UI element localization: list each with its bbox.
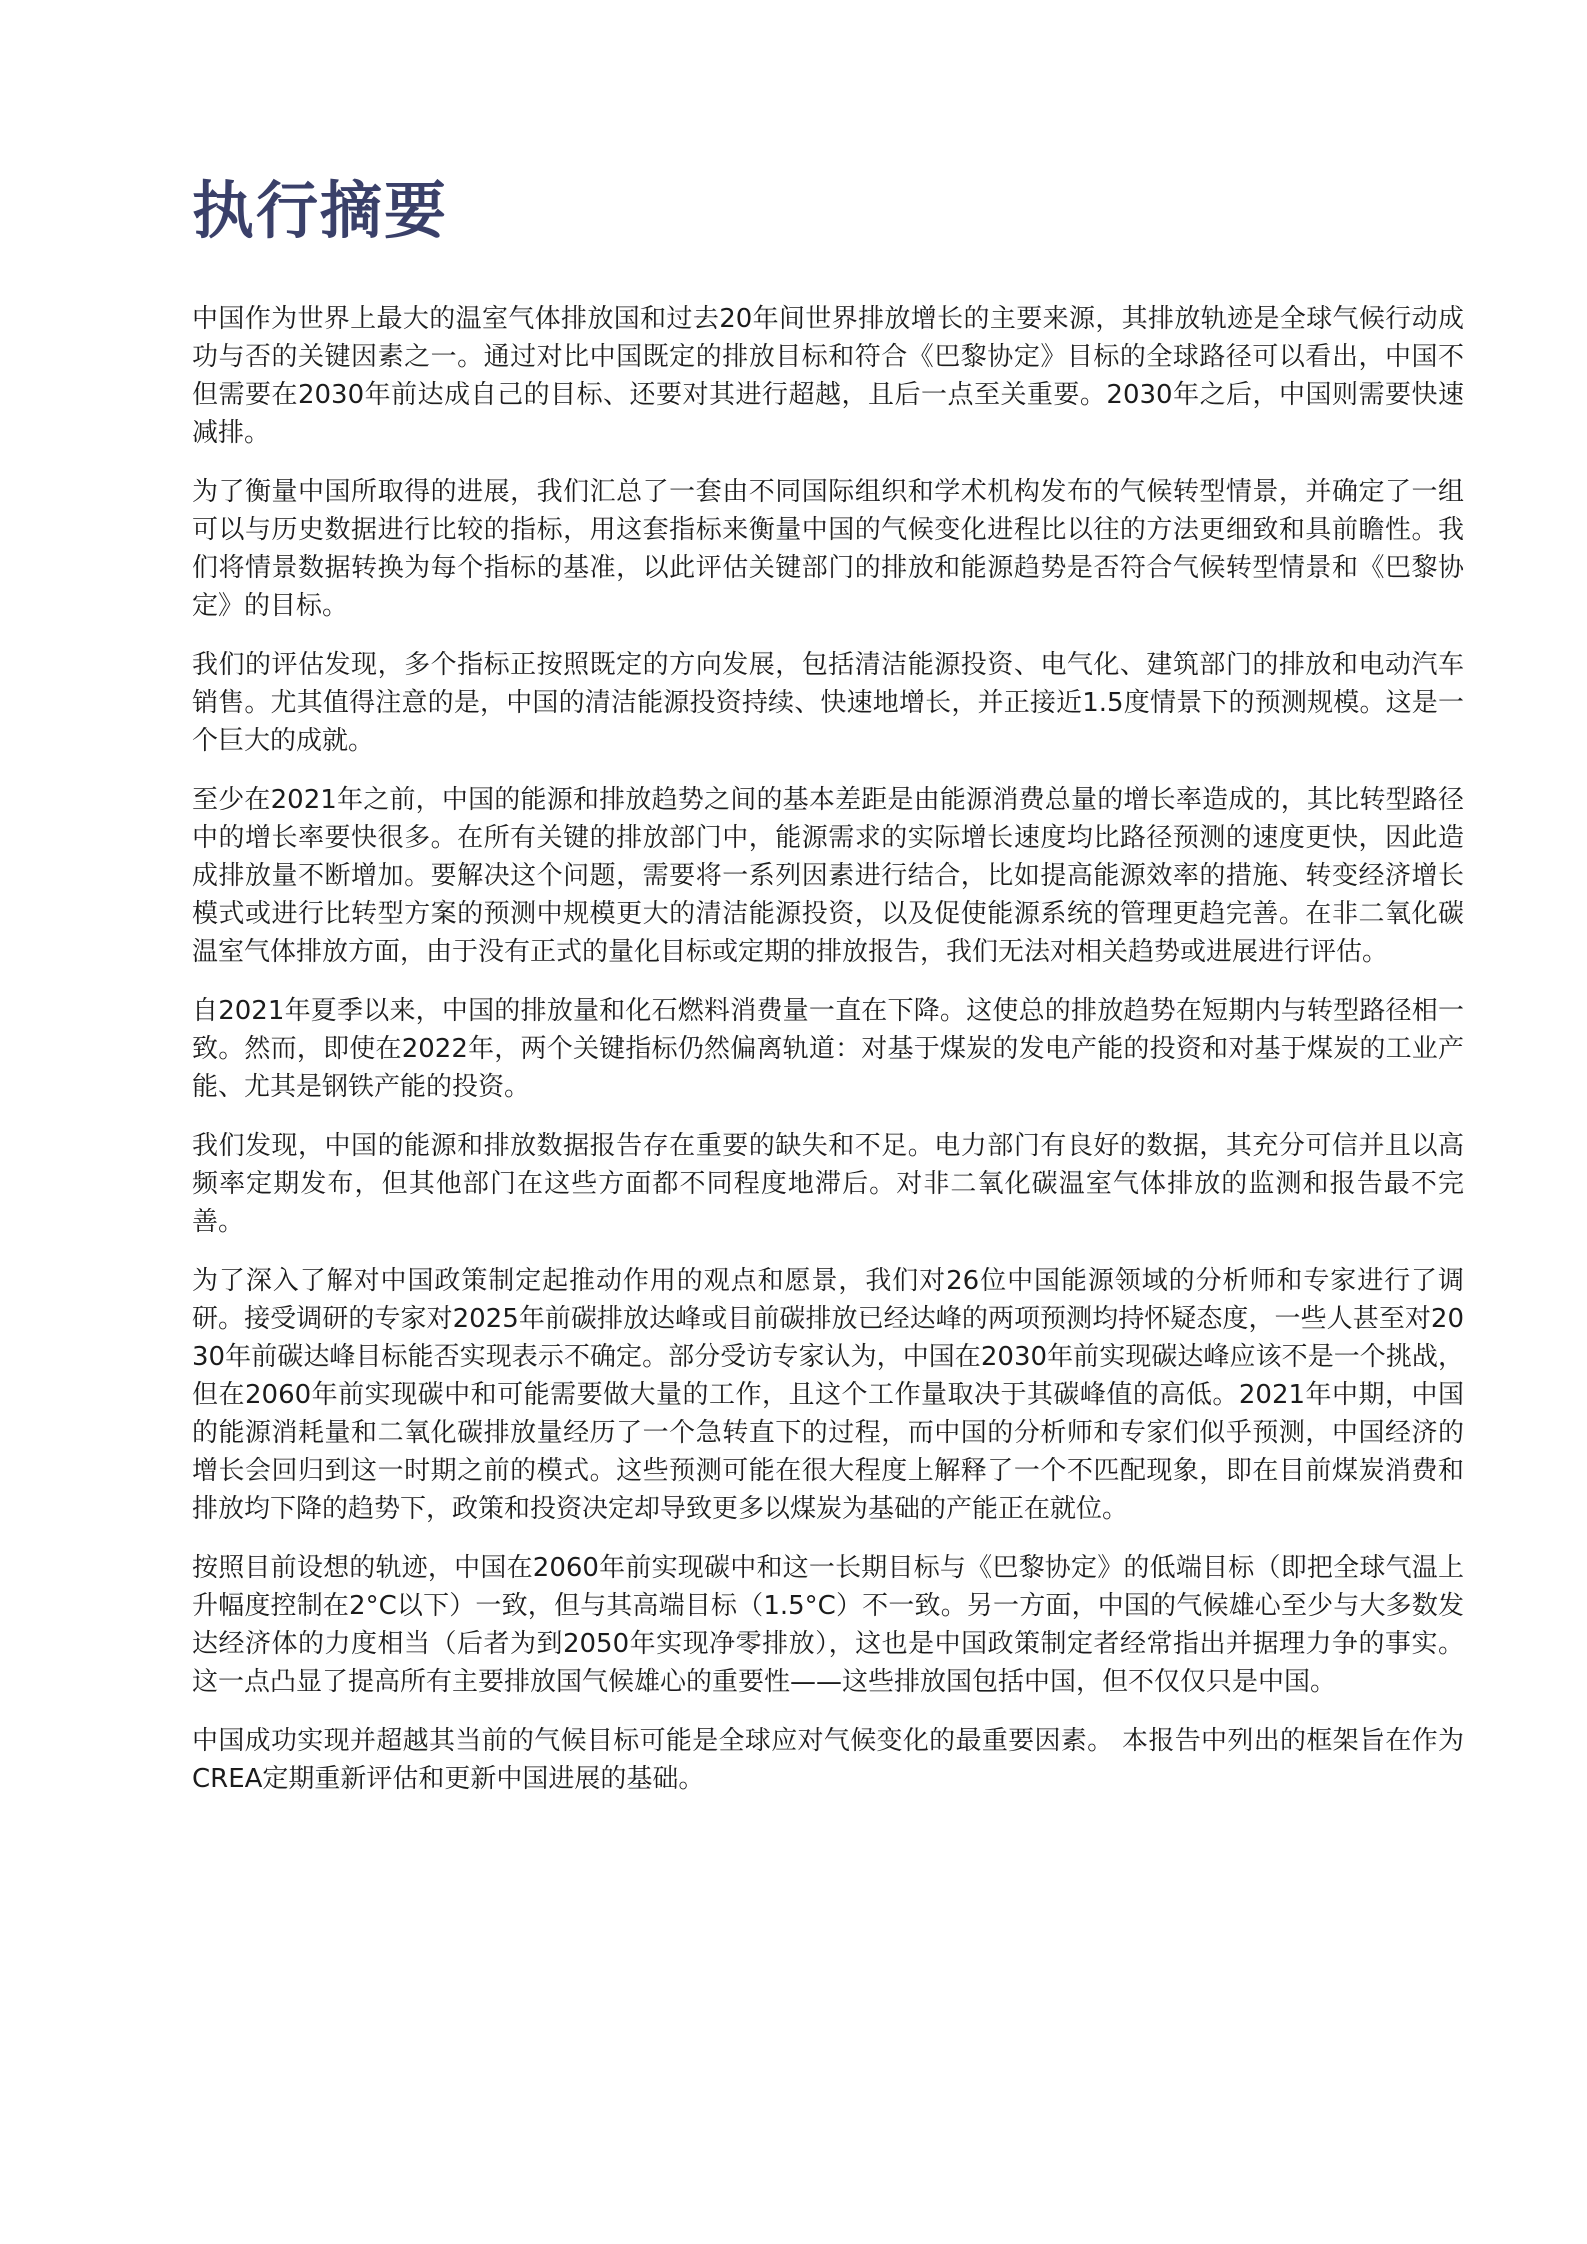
body-paragraph-8: 按照目前设想的轨迹，中国在2060年前实现碳中和这一长期目标与《巴黎协定》的低端… [192,1549,1464,1701]
body-paragraph-9: 中国成功实现并超越其当前的气候目标可能是全球应对气候变化的最重要因素。 本报告中… [192,1722,1464,1798]
body-paragraph-2: 为了衡量中国所取得的进展，我们汇总了一套由不同国际组织和学术机构发布的气候转型情… [192,473,1464,625]
document-page: 执行摘要 中国作为世界上最大的温室气体排放国和过去20年间世界排放增长的主要来源… [0,0,1587,2244]
body-paragraph-7: 为了深入了解对中国政策制定起推动作用的观点和愿景，我们对26位中国能源领域的分析… [192,1262,1464,1528]
page-title: 执行摘要 [192,175,1462,246]
document-body: 中国作为世界上最大的温室气体排放国和过去20年间世界排放增长的主要来源，其排放轨… [192,300,1464,1798]
body-paragraph-3: 我们的评估发现，多个指标正按照既定的方向发展，包括清洁能源投资、电气化、建筑部门… [192,646,1464,760]
body-paragraph-6: 我们发现，中国的能源和排放数据报告存在重要的缺失和不足。电力部门有良好的数据，其… [192,1127,1464,1241]
body-paragraph-4: 至少在2021年之前，中国的能源和排放趋势之间的基本差距是由能源消费总量的增长率… [192,781,1464,971]
body-paragraph-5: 自2021年夏季以来，中国的排放量和化石燃料消费量一直在下降。这使总的排放趋势在… [192,992,1464,1106]
body-paragraph-1: 中国作为世界上最大的温室气体排放国和过去20年间世界排放增长的主要来源，其排放轨… [192,300,1464,452]
